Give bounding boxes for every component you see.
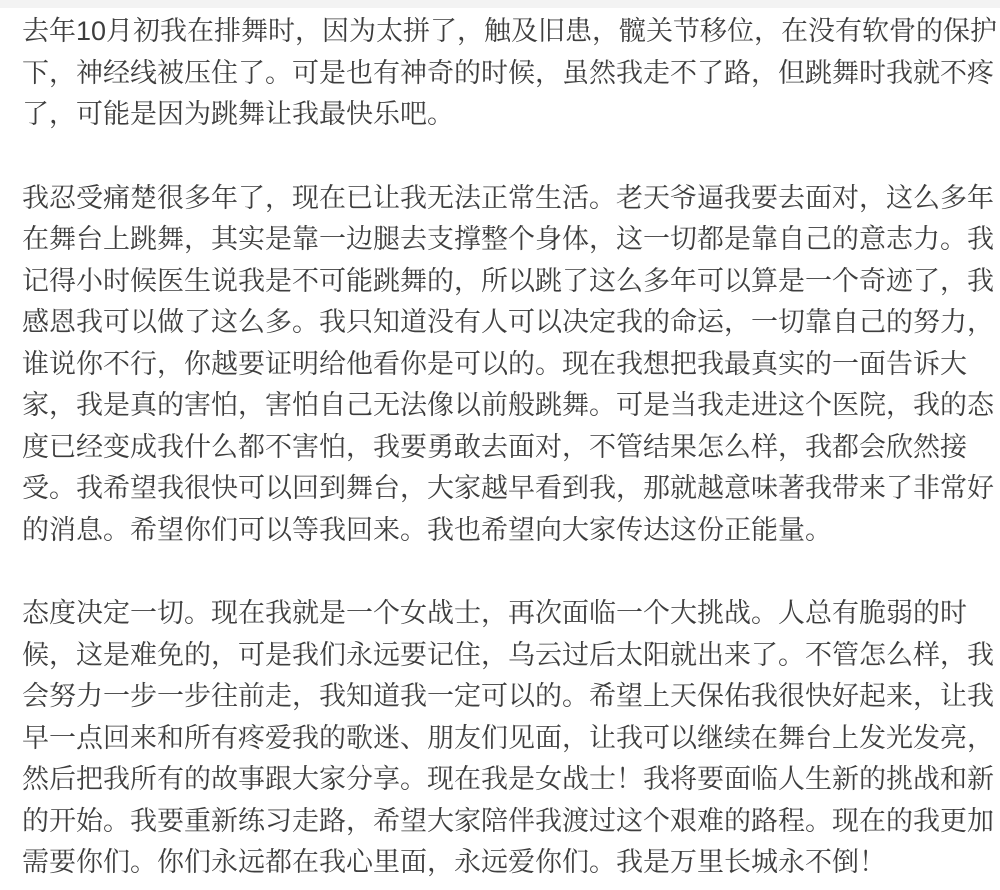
text-line: 态度决定一切。现在我就是一个女战士，再次面临一个大挑战。人总有脆弱的时	[22, 593, 982, 635]
paragraph-3: 态度决定一切。现在我就是一个女战士，再次面临一个大挑战。人总有脆弱的时 候，这是…	[22, 593, 982, 884]
text-line: 候，这是难免的，可是我们永远要记住，乌云过后太阳就出来了。不管怎么样，我	[22, 635, 982, 677]
text-line: 谁说你不行，你越要证明给他看你是可以的。现在我想把我最真实的一面告诉大	[22, 344, 982, 386]
paragraph-2: 我忍受痛楚很多年了，现在已让我无法正常生活。老天爷逼我要去面对，这么多年 在舞台…	[22, 178, 982, 552]
document-body: 去年10月初我在排舞时，因为太拼了，触及旧患，髋关节移位，在没有软骨的保护 下，…	[0, 8, 1000, 884]
text-line: 会努力一步一步往前走，我知道我一定可以的。希望上天保佑我很快好起来，让我	[22, 676, 982, 718]
text-line: 记得小时候医生说我是不可能跳舞的，所以跳了这么多年可以算是一个奇迹了，我	[22, 261, 982, 303]
text-line: 早一点回来和所有疼爱我的歌迷、朋友们见面，让我可以继续在舞台上发光发亮，	[22, 718, 982, 760]
text-line: 感恩我可以做了这么多。我只知道没有人可以决定我的命运，一切靠自己的努力，	[22, 302, 982, 344]
text-line: 的消息。希望你们可以等我回来。我也希望向大家传达这份正能量。	[22, 510, 982, 552]
text-line: 的开始。我要重新练习走路，希望大家陪伴我渡过这个艰难的路程。现在的我更加	[22, 801, 982, 843]
text-line: 受。我希望我很快可以回到舞台，大家越早看到我，那就越意味著我带来了非常好	[22, 468, 982, 510]
paragraph-1: 去年10月初我在排舞时，因为太拼了，触及旧患，髋关节移位，在没有软骨的保护 下，…	[22, 11, 982, 136]
text-line: 去年10月初我在排舞时，因为太拼了，触及旧患，髋关节移位，在没有软骨的保护	[22, 11, 982, 53]
text-line: 度已经变成我什么都不害怕，我要勇敢去面对，不管结果怎么样，我都会欣然接	[22, 427, 982, 469]
text-line: 在舞台上跳舞，其实是靠一边腿去支撑整个身体，这一切都是靠自己的意志力。我	[22, 219, 982, 261]
text-line: 需要你们。你们永远都在我心里面，永远爱你们。我是万里长城永不倒！	[22, 842, 982, 884]
text-line: 下，神经线被压住了。可是也有神奇的时候，虽然我走不了路，但跳舞时我就不疼	[22, 53, 982, 95]
top-edge-strip	[0, 0, 1000, 8]
text-line: 然后把我所有的故事跟大家分享。现在我是女战士！我将要面临人生新的挑战和新	[22, 759, 982, 801]
text-line: 家，我是真的害怕，害怕自己无法像以前般跳舞。可是当我走进这个医院，我的态	[22, 385, 982, 427]
text-line: 了，可能是因为跳舞让我最快乐吧。	[22, 94, 982, 136]
text-line: 我忍受痛楚很多年了，现在已让我无法正常生活。老天爷逼我要去面对，这么多年	[22, 178, 982, 220]
